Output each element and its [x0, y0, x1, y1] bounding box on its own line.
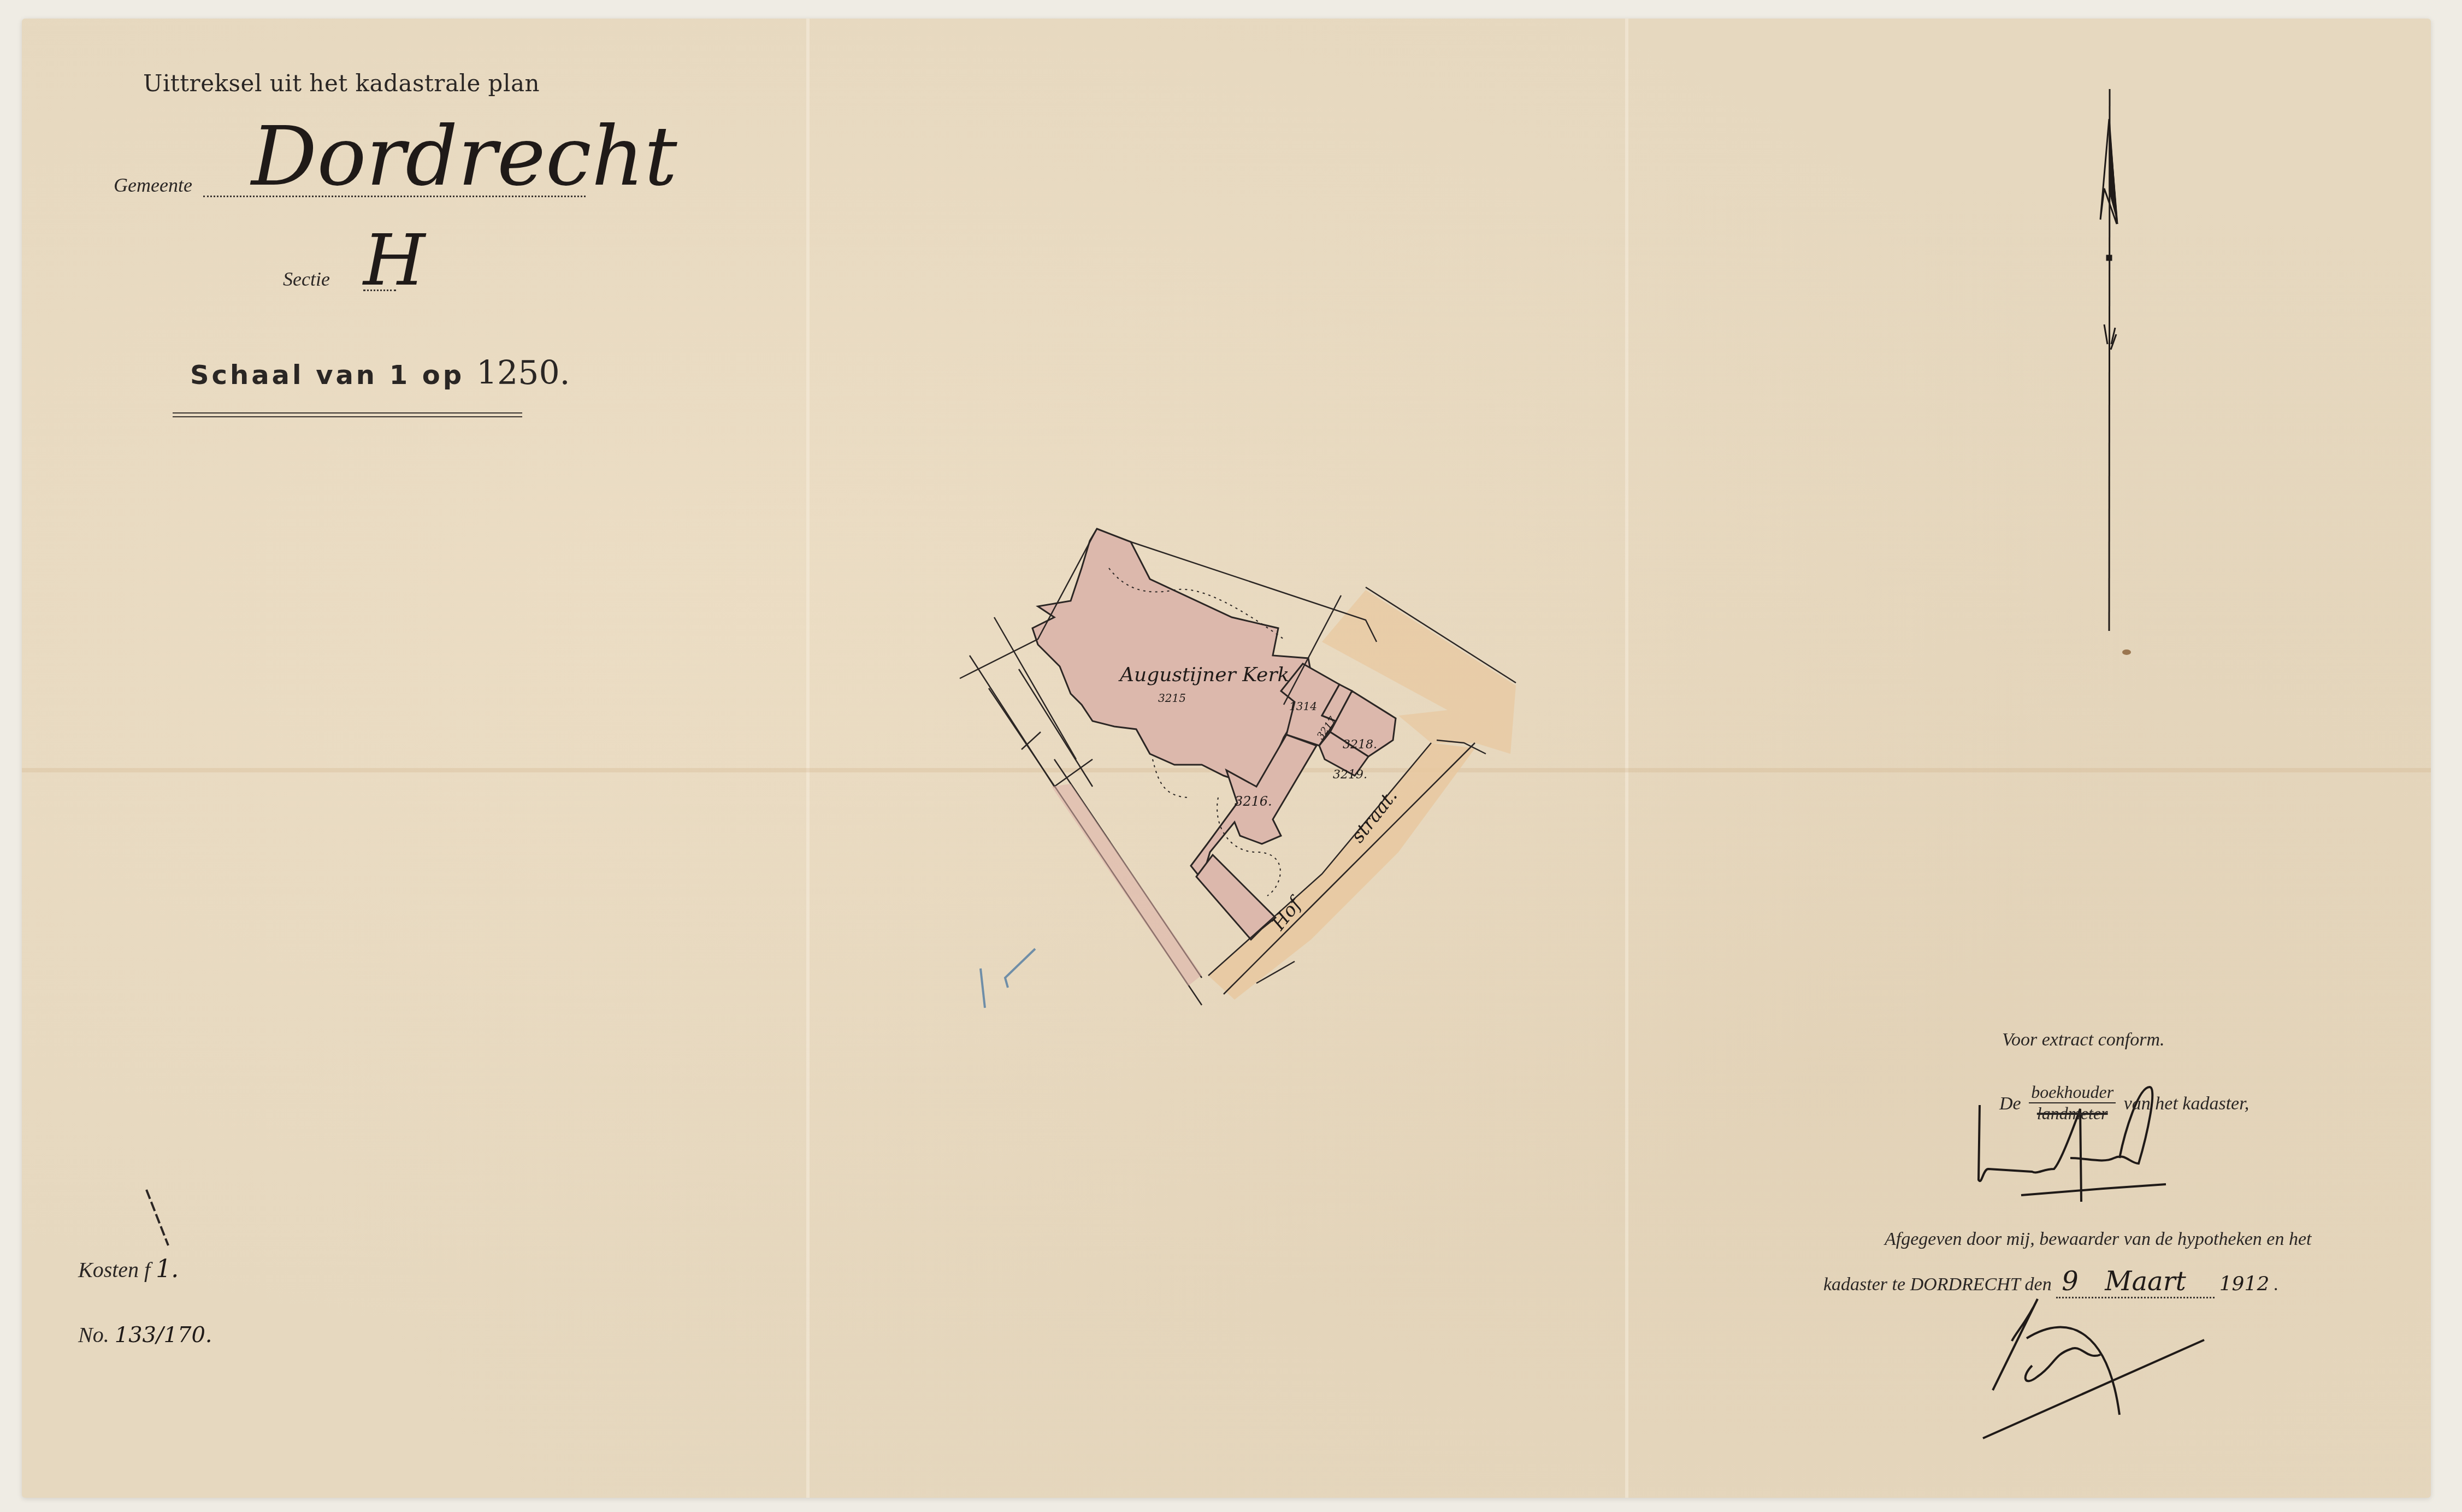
- number-row: No. 133/170.: [78, 1322, 212, 1348]
- number-value: 133/170.: [115, 1322, 212, 1348]
- certification-line3: kadaster te DORDRECHT den 9 Maart 1912 .: [1823, 1266, 2278, 1298]
- parcel-label-3219: 3219.: [1333, 768, 1367, 782]
- date-month: Maart: [2105, 1266, 2186, 1297]
- pink-wash-strip: [1052, 784, 1202, 986]
- blue-pencil-mark: [981, 949, 1035, 1008]
- kosten-value: 1.: [156, 1255, 179, 1283]
- signature-bewaarder: [1983, 1299, 2204, 1438]
- date-field: 9 Maart: [2056, 1266, 2215, 1298]
- issued-location: kadaster te DORDRECHT den: [1823, 1274, 2052, 1295]
- date-year: 1912: [2219, 1273, 2270, 1295]
- parcel-label-3216: 3216.: [1235, 794, 1272, 809]
- role-suffix: van het kadaster,: [2124, 1094, 2249, 1114]
- kosten-row: Kosten f 1.: [78, 1255, 179, 1283]
- date-terminator: .: [2274, 1274, 2279, 1295]
- ink-dot: [2122, 649, 2131, 655]
- certification-line1: Voor extract conform.: [2002, 1030, 2164, 1050]
- number-label: No.: [78, 1322, 109, 1347]
- building-label: Augustijner Kerk: [1118, 664, 1289, 686]
- parcel-label-3218: 3218.: [1343, 738, 1377, 752]
- parcel-3215: [1032, 529, 1314, 787]
- kosten-label: Kosten f: [78, 1257, 150, 1282]
- role-current: boekhouder: [2029, 1082, 2116, 1103]
- date-day: 9: [2062, 1266, 2079, 1297]
- parcel-label-3215: 3215: [1158, 692, 1186, 705]
- north-arrow-icon: [2100, 89, 2118, 631]
- parcel-label-1314: 1314: [1289, 700, 1317, 713]
- certification-line2: Afgegeven door mij, bewaarder van de hyp…: [1885, 1229, 2311, 1250]
- role-fraction: boekhouder landmeter: [2029, 1082, 2116, 1124]
- role-struck: landmeter: [2029, 1103, 2116, 1124]
- certification-role-line: De boekhouder landmeter van het kadaster…: [1999, 1084, 2249, 1126]
- role-prefix: De: [1999, 1094, 2021, 1114]
